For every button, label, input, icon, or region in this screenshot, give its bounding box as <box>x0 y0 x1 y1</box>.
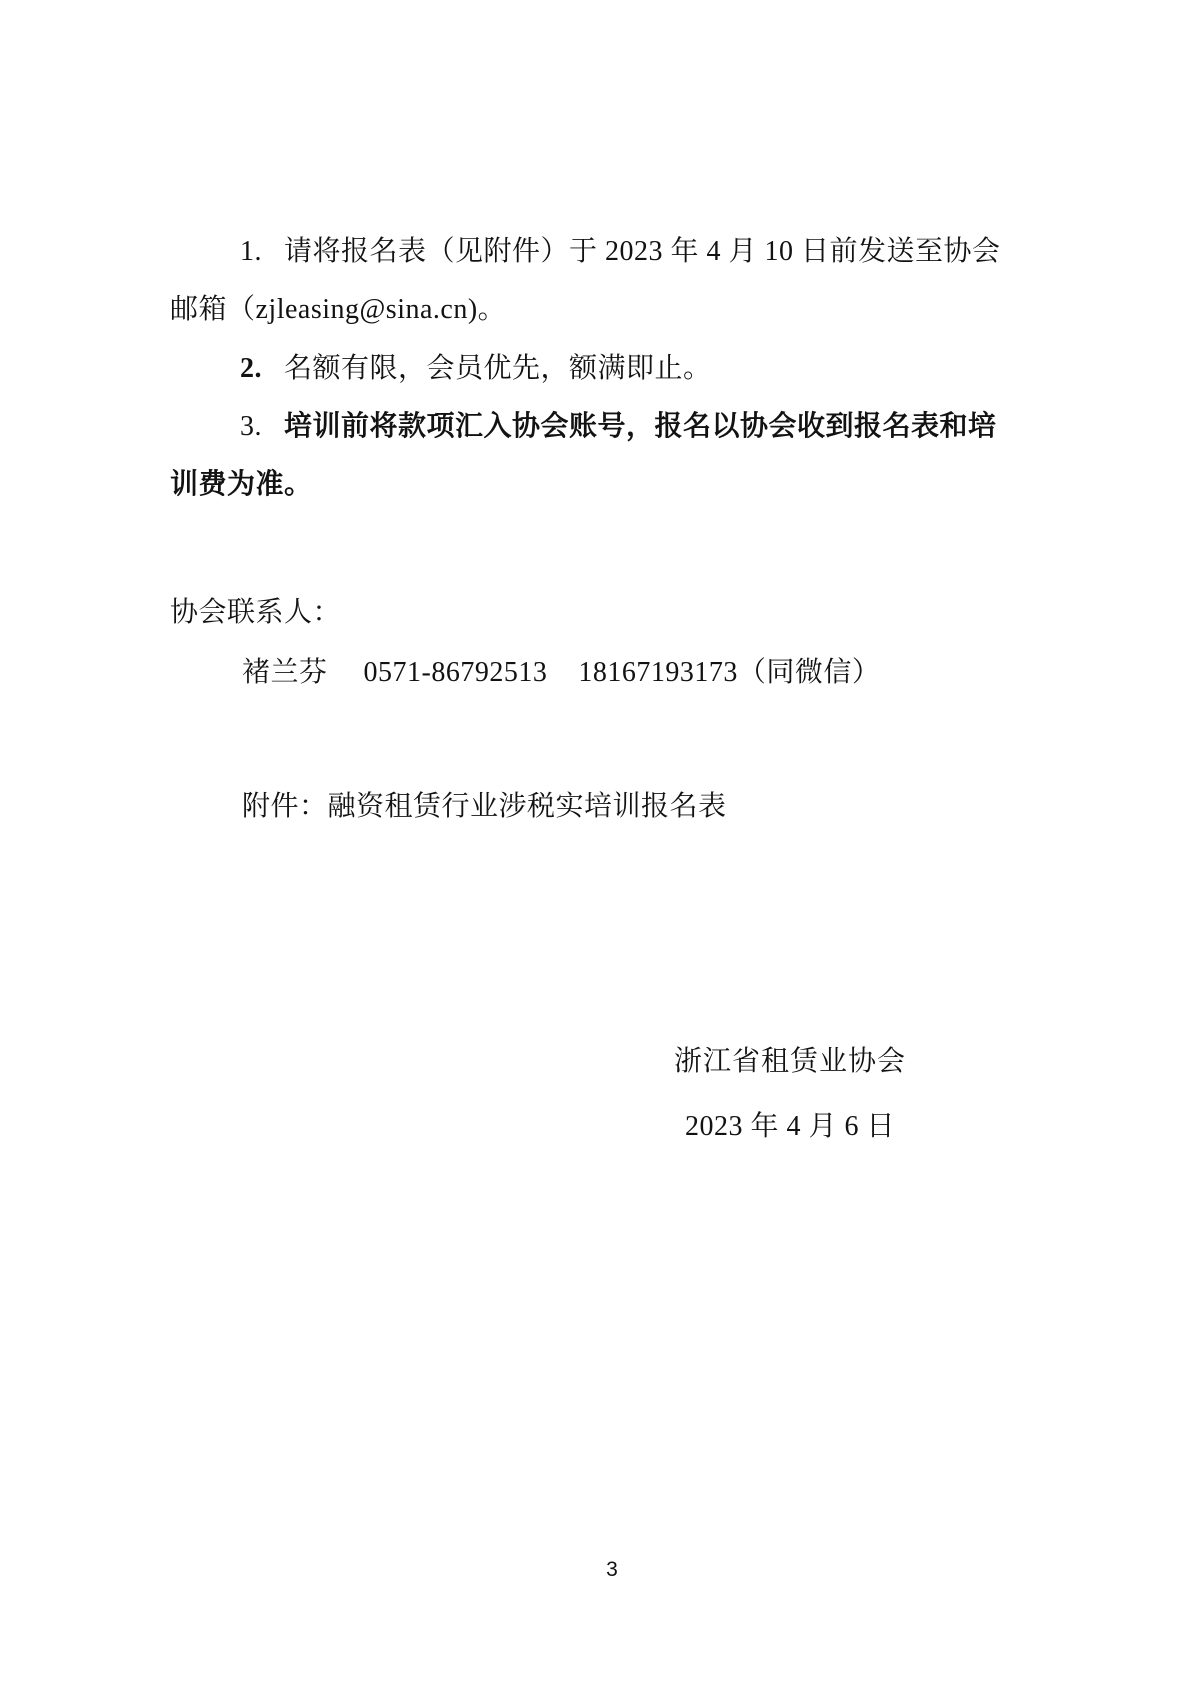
contact-phone: 0571-86792513 <box>364 657 548 688</box>
notice-item-2: 2.名额有限，会员优先，额满即止。 <box>240 353 712 385</box>
contact-label-text: 协会联系人： <box>170 597 341 628</box>
item-1-text: 请将报名表（见附件）于 2023 年 4 月 10 日前发送至协会 <box>284 236 1001 267</box>
item-3-text-continued: 训费为准。 <box>170 469 313 500</box>
item-3-number: 3. <box>240 411 284 443</box>
signature-org-text: 浙江省租赁业协会 <box>674 1046 906 1077</box>
item-2-number: 2. <box>240 353 284 385</box>
page-number-text: 3 <box>606 1558 618 1581</box>
contact-label: 协会联系人： <box>170 597 341 629</box>
page-number: 3 <box>0 1558 1190 1582</box>
attachment-line: 附件：融资租赁行业涉税实培训报名表 <box>242 791 727 823</box>
item-2-text: 名额有限，会员优先，额满即止。 <box>284 353 712 384</box>
document-page: 1.请将报名表（见附件）于 2023 年 4 月 10 日前发送至协会 邮箱（z… <box>0 0 1190 1683</box>
notice-item-1-line-2: 邮箱（zjleasing@sina.cn)。 <box>170 294 506 326</box>
notice-item-1-line-1: 1.请将报名表（见附件）于 2023 年 4 月 10 日前发送至协会 <box>240 236 1001 268</box>
contact-mobile: 18167193173（同微信） <box>578 657 880 688</box>
notice-item-3-line-1: 3.培训前将款项汇入协会账号，报名以协会收到报名表和培 <box>240 411 997 443</box>
item-3-text: 培训前将款项汇入协会账号，报名以协会收到报名表和培 <box>284 411 997 442</box>
contact-info-line: 褚兰芬0571-8679251318167193173（同微信） <box>242 657 880 689</box>
item-1-number: 1. <box>240 236 284 268</box>
signature-date: 2023 年 4 月 6 日 <box>560 1111 1020 1143</box>
item-1-email-text: 邮箱（zjleasing@sina.cn)。 <box>170 294 506 325</box>
contact-name: 褚兰芬 <box>242 657 328 688</box>
signature-date-text: 2023 年 4 月 6 日 <box>685 1111 895 1142</box>
attachment-text: 附件：融资租赁行业涉税实培训报名表 <box>242 791 727 822</box>
signature-org: 浙江省租赁业协会 <box>560 1046 1020 1078</box>
notice-item-3-line-2: 训费为准。 <box>170 469 313 501</box>
